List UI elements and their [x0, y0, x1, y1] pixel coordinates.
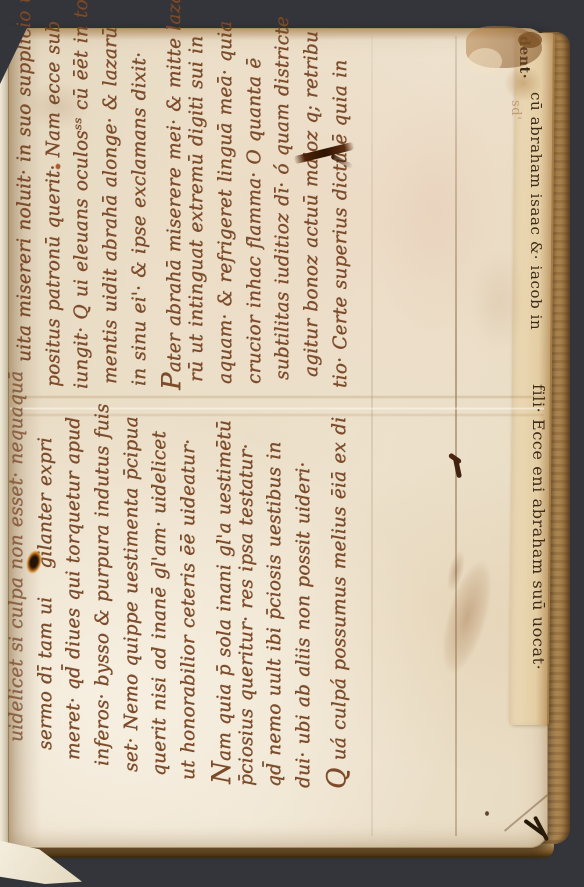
manuscript-line: iungit· Q ui eleuans oculosˢˢ cū ēēt in …: [71, 24, 100, 392]
manuscript-photo: uidelicet si culpa non esset· nequaquāse…: [0, 0, 584, 887]
left-page-text: uidelicet si culpa non esset· nequaquāse…: [6, 390, 350, 794]
manuscript-line: sermo dī tam ui gilanter expri: [35, 390, 64, 794]
right-page-text: uita misereri noluit· in suo supplicio u…: [14, 24, 358, 392]
manuscript-line: qd̄ nemo uult ibi p̄ciosis uestibus in: [264, 390, 293, 794]
manuscript-line: ut honorabilior ceteris ēē uideatur·: [178, 390, 207, 794]
manuscript-line: positus patronū querit· Nam ecce sub: [43, 24, 72, 392]
manuscript-line: querit nisi ad inanē gl'am· uidelicet: [149, 390, 178, 794]
damaged-corner-stain: [518, 32, 542, 48]
manuscript-line: uita misereri noluit· in suo supplicio u: [14, 24, 43, 392]
rust-dot: [54, 162, 62, 171]
manuscript-line: subtilitas iuditioz dī· ó quam districte: [272, 24, 301, 392]
manuscript-line: tio· Certe superius dictū ē quia in: [330, 24, 359, 392]
manuscript-line: uidelicet si culpa non esset· nequaquā: [6, 390, 35, 794]
manuscript-line: inferos· bysso & purpura indutus fuis: [92, 390, 121, 794]
manuscript-line: in sinu ei'· & ipse exclamans dixit·: [129, 24, 158, 392]
manuscript-line: p̄ciosius queritur· res ipsa testatur·: [236, 390, 265, 794]
manuscript-line: Nam quia p̄ sola inani gl'a uestimētū: [207, 390, 236, 794]
manuscript-line: mentis uidit abrahā alonge· & lazarū: [100, 24, 129, 392]
manuscript-line: crucior inhac flamma· O quanta ē: [244, 24, 273, 392]
edge-strip-text-top: cū abraham isaac &· iacob in: [523, 92, 549, 318]
damaged-corner-highlight: [468, 48, 502, 74]
ink-dot: [484, 810, 490, 817]
manuscript-line: set· Nemo quippe uestimenta p̄cipua: [121, 390, 150, 794]
manuscript-line: Pater abrahā miserere mei· & mitte laza: [157, 24, 186, 392]
manuscript-line: aquam· & refrigeret linguā meā· quia: [215, 24, 244, 392]
manuscript-line: meret· qd̄ diues qui torquetur apud: [63, 390, 92, 794]
manuscript-line: agitur bonoz actuū maloz q; retribu: [301, 24, 330, 392]
manuscript-line: rū ut intinguat extremū digiti sui in: [186, 24, 215, 392]
manuscript-line: dui· ubi ab aliis non possit uideri·: [293, 390, 322, 794]
manuscript-line: Q uá culpá possumus melius ēiā ex di: [322, 390, 351, 794]
edge-strip-text-bottom: fili· Ecce eni abraham suū uocat·: [525, 384, 551, 720]
